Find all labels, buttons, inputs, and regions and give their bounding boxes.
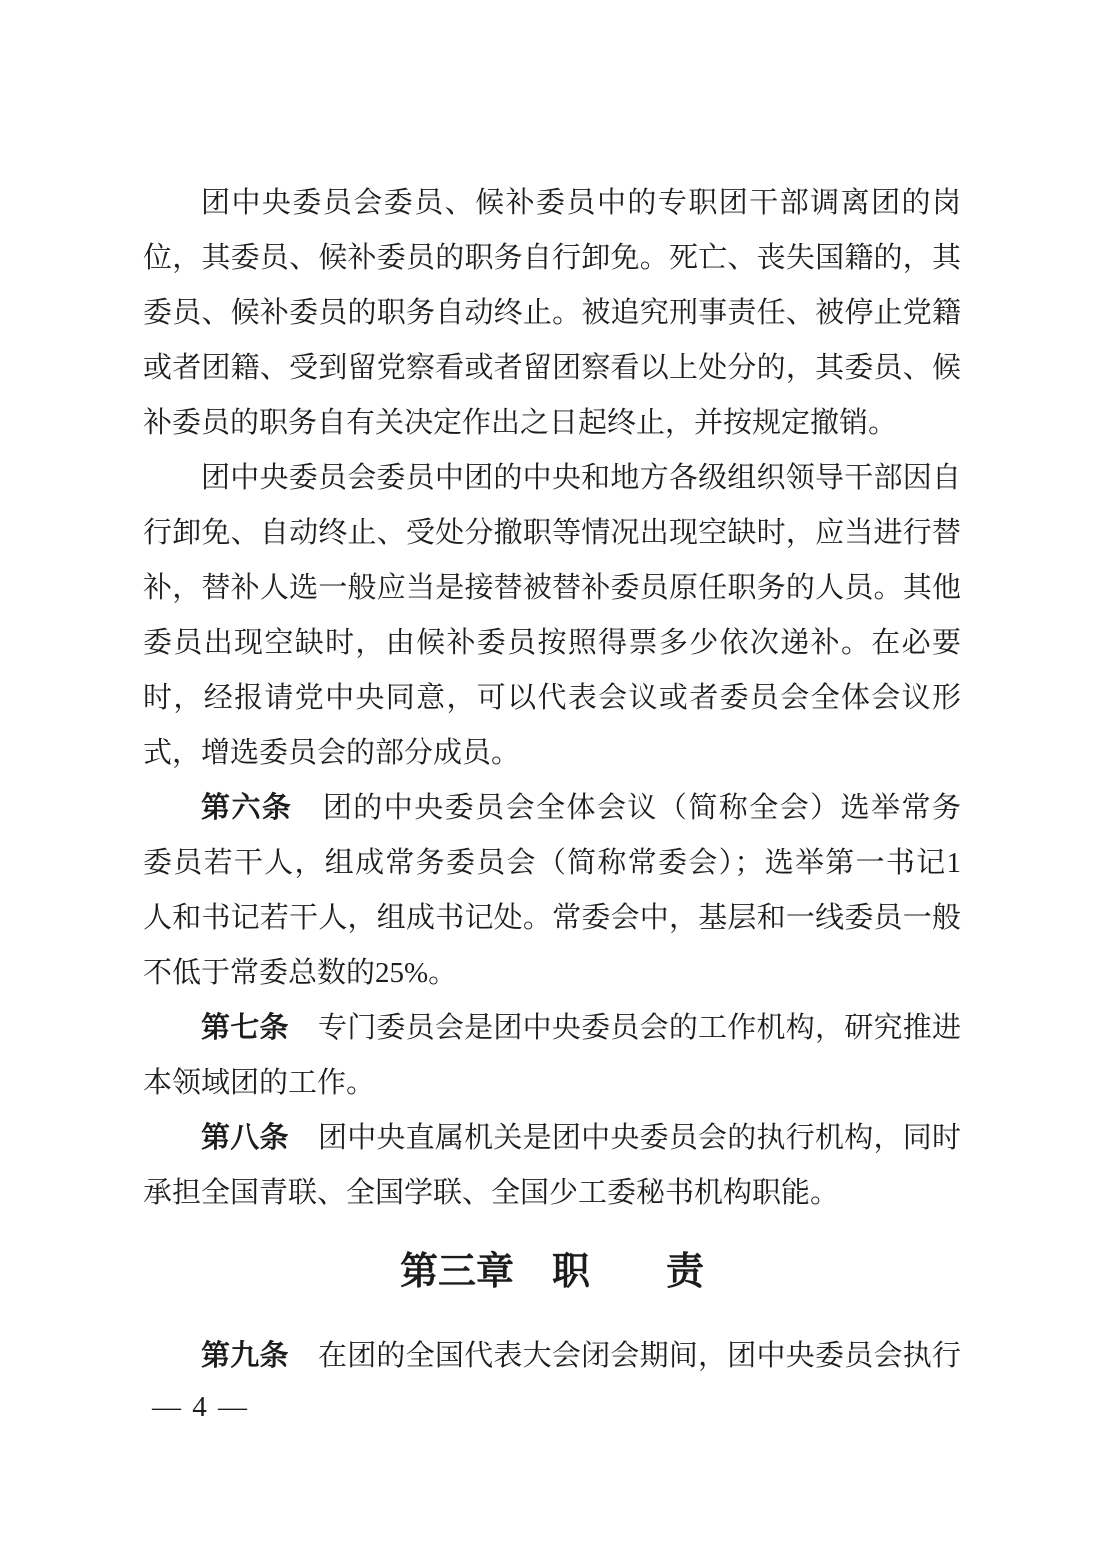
line-text: 在团的全国代表大会闭会期间，团中央委员会执行 [289, 1340, 961, 1372]
line-text: 专门委员会是团中央委员会的工作机构，研究推进 [289, 1012, 961, 1044]
body-line: 不低于常委总数的25%。 [143, 946, 961, 1001]
body-line: 位，其委员、候补委员的职务自行卸免。死亡、丧失国籍的，其 [143, 231, 961, 286]
body-line: 补，替补人选一般应当是接替被替补委员原任职务的人员。其他 [143, 561, 961, 616]
body-line: 时，经报请党中央同意，可以代表会议或者委员会全体会议形 [143, 671, 961, 726]
body-line: 团中央委员会委员、候补委员中的专职团干部调离团的岗 [143, 176, 961, 231]
article-number-label: 第六条 [201, 792, 292, 824]
body-line: 第六条 团的中央委员会全体会议（简称全会）选举常务 [143, 781, 961, 836]
body-line: 第七条 专门委员会是团中央委员会的工作机构，研究推进 [143, 1001, 961, 1056]
paragraph-article-9: 第九条 在团的全国代表大会闭会期间，团中央委员会执行 [143, 1329, 961, 1384]
paragraph-article-7: 第七条 专门委员会是团中央委员会的工作机构，研究推进 本领域团的工作。 [143, 1001, 961, 1111]
line-text: 团的中央委员会全体会议（简称全会）选举常务 [292, 792, 961, 824]
line-text: 团中央直属机关是团中央委员会的执行机构，同时 [289, 1122, 961, 1154]
body-line: 或者团籍、受到留党察看或者留团察看以上处分的，其委员、候 [143, 341, 961, 396]
article-number-label: 第九条 [201, 1340, 289, 1372]
body-line: 团中央委员会委员中团的中央和地方各级组织领导干部因自 [143, 451, 961, 506]
paragraph-article-8: 第八条 团中央直属机关是团中央委员会的执行机构，同时 承担全国青联、全国学联、全… [143, 1111, 961, 1221]
article-number-label: 第七条 [201, 1012, 289, 1044]
paragraph-article-6: 第六条 团的中央委员会全体会议（简称全会）选举常务 委员若干人，组成常务委员会（… [143, 781, 961, 1001]
paragraph-term-removal: 团中央委员会委员、候补委员中的专职团干部调离团的岗 位，其委员、候补委员的职务自… [143, 176, 961, 451]
body-line: 委员出现空缺时，由候补委员按照得票多少依次递补。在必要 [143, 616, 961, 671]
body-line: 本领域团的工作。 [143, 1056, 961, 1111]
body-line: 第八条 团中央直属机关是团中央委员会的执行机构，同时 [143, 1111, 961, 1166]
body-line: 委员若干人，组成常务委员会（简称常委会）；选举第一书记1 [143, 836, 961, 891]
chapter-heading: 第三章 职 责 [143, 1241, 961, 1303]
document-page: 团中央委员会委员、候补委员中的专职团干部调离团的岗 位，其委员、候补委员的职务自… [0, 0, 1102, 1559]
paragraph-vacancy-filling: 团中央委员会委员中团的中央和地方各级组织领导干部因自 行卸免、自动终止、受处分撤… [143, 451, 961, 781]
document-body: 团中央委员会委员、候补委员中的专职团干部调离团的岗 位，其委员、候补委员的职务自… [143, 176, 961, 1384]
body-line: 行卸免、自动终止、受处分撤职等情况出现空缺时，应当进行替 [143, 506, 961, 561]
body-line: 承担全国青联、全国学联、全国少工委秘书机构职能。 [143, 1166, 961, 1221]
body-line: 第九条 在团的全国代表大会闭会期间，团中央委员会执行 [143, 1329, 961, 1384]
body-line: 式，增选委员会的部分成员。 [143, 726, 961, 781]
body-line: 人和书记若干人，组成书记处。常委会中，基层和一线委员一般 [143, 891, 961, 946]
body-line: 委员、候补委员的职务自动终止。被追究刑事责任、被停止党籍 [143, 286, 961, 341]
article-number-label: 第八条 [201, 1122, 289, 1154]
body-line: 补委员的职务自有关决定作出之日起终止，并按规定撤销。 [143, 396, 961, 451]
page-number: — 4 — [152, 1390, 249, 1424]
